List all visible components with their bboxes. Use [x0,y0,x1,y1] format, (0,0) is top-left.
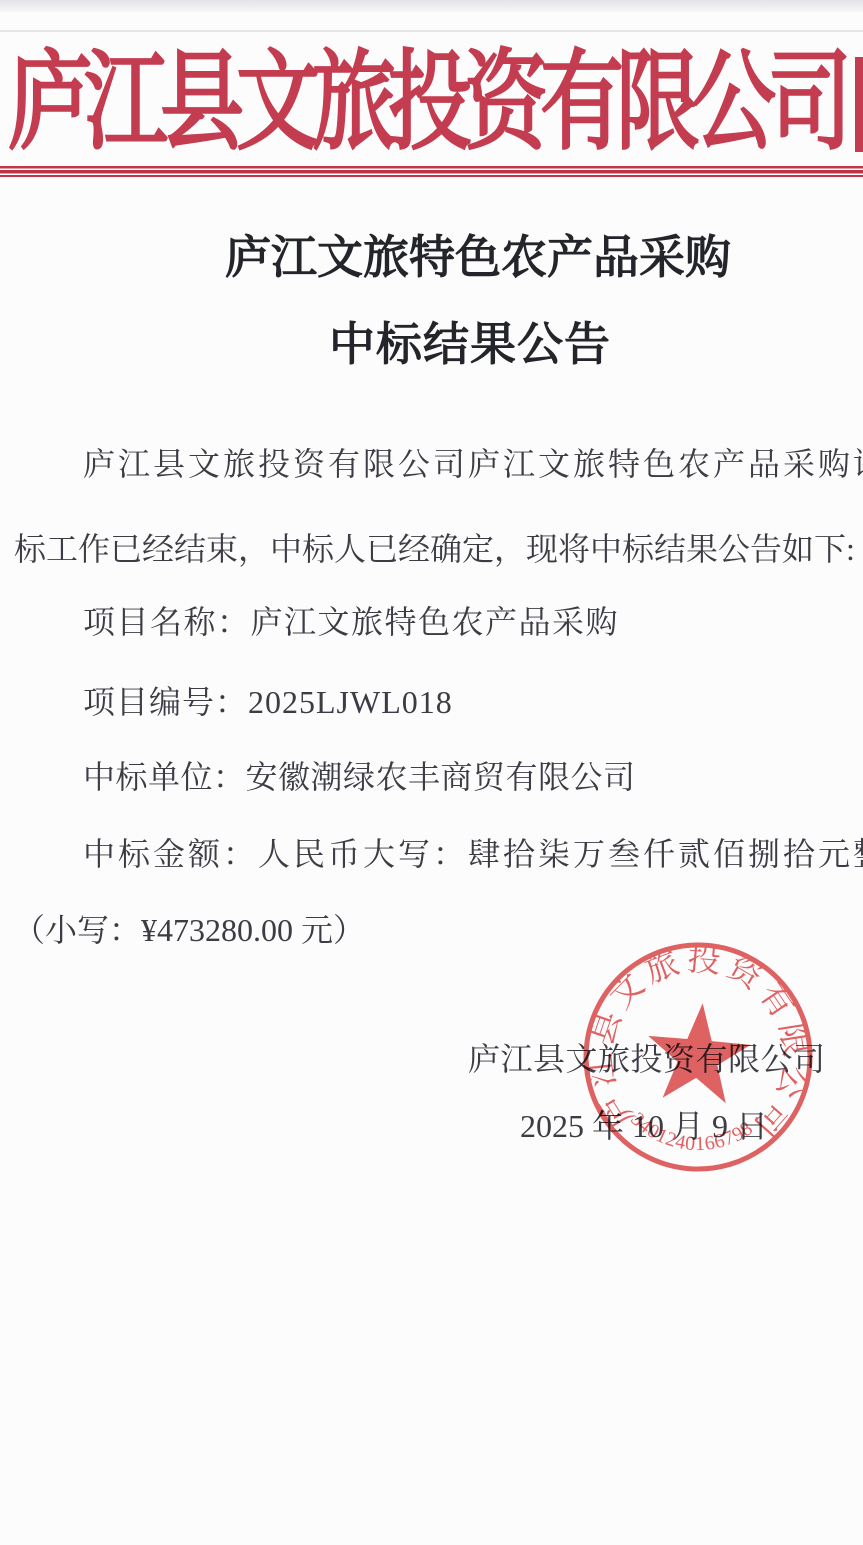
official-seal: 庐江县文旅投资有限公司 3401240166798 [557,916,839,1198]
field-bid-amount-capital: 中标金额：人民币大写：肆拾柒万叁仟贰佰捌拾元整 [83,833,863,875]
letterhead-divider-rule [0,166,863,177]
field-project-name: 项目名称：庐江文旅特色农产品采购 [83,601,619,643]
field-winning-bidder: 中标单位：安徽潮绿农丰商贸有限公司 [83,756,636,798]
seal-number: 3401240166798 [624,1107,758,1160]
letterhead-company-title: 庐江县文旅投资有限公司 [8,50,863,159]
scanner-edge-band [0,0,863,12]
body-paragraph-line1: 庐江县文旅投资有限公司庐江文旅特色农产品采购评 [83,443,863,485]
field-bid-amount-figures: （小写：¥473280.00 元） [13,909,365,951]
document-title-line1: 庐江文旅特色农产品采购 [23,230,863,286]
body-paragraph-line2: 标工作已经结束，中标人已经确定，现将中标结果公告如下: [14,528,855,570]
document-title-line2: 中标结果公告 [15,317,863,373]
letterhead-cutoff-stroke [855,57,863,152]
field-project-number: 项目编号：2025LJWL018 [83,681,453,723]
scan-artifact-line [0,30,863,32]
star-icon [643,999,754,1105]
